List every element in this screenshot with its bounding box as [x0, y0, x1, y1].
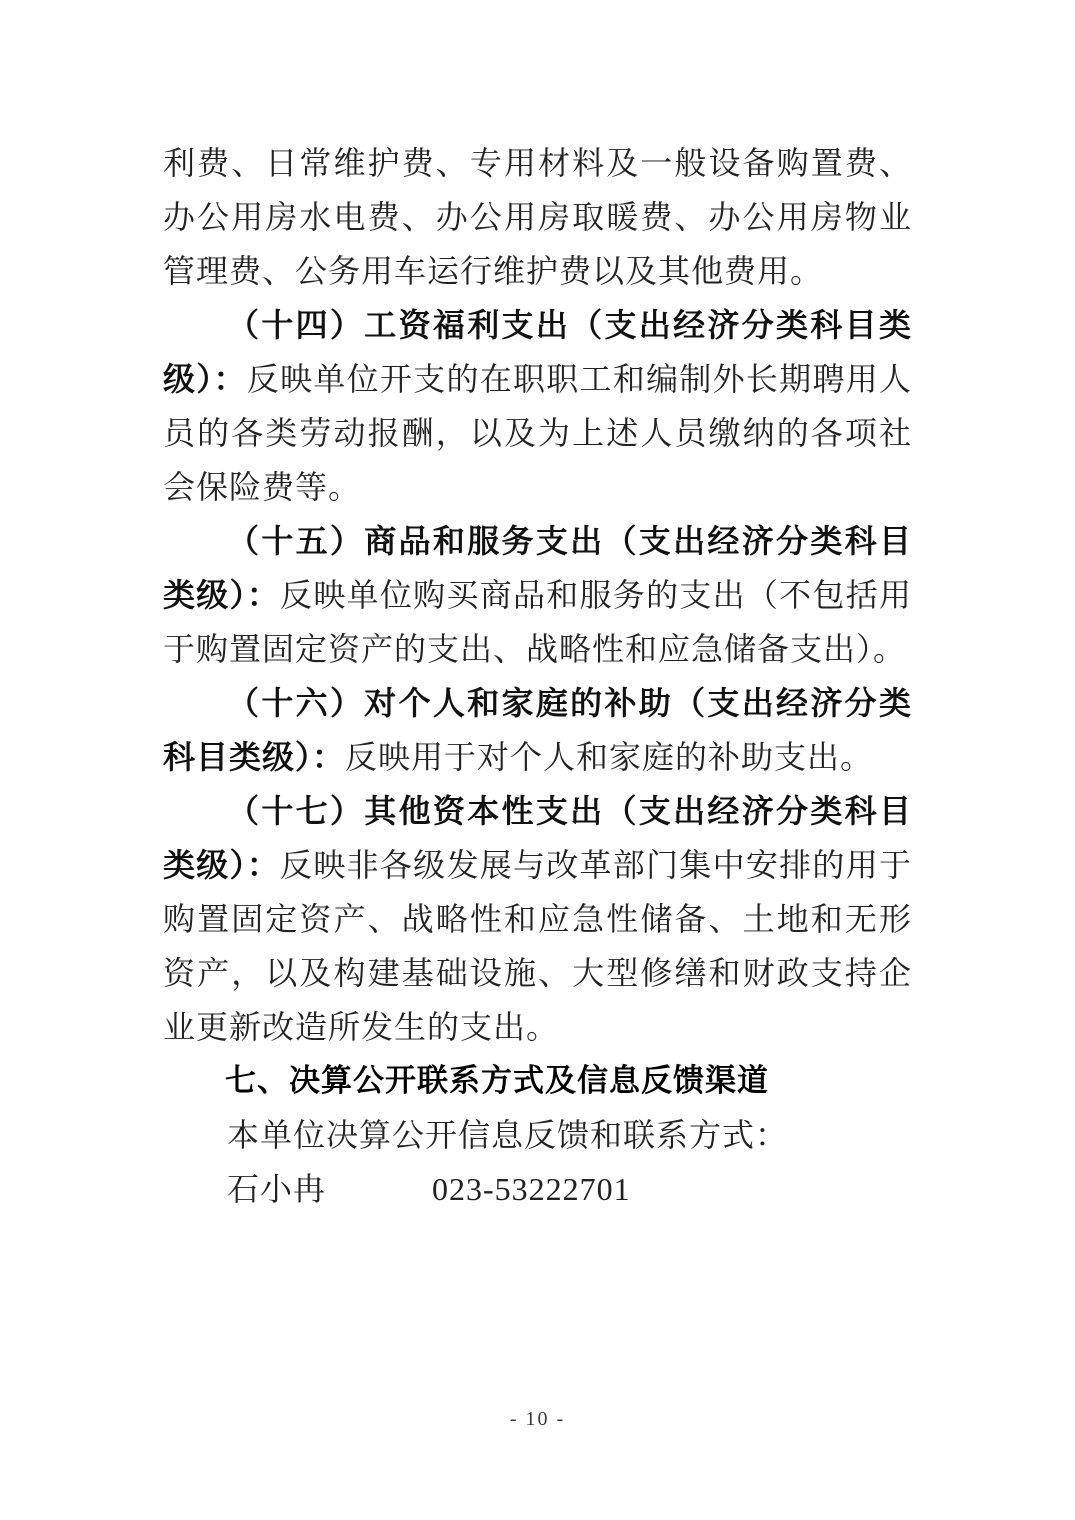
contact-intro: 本单位决算公开信息反馈和联系方式： — [163, 1108, 912, 1162]
item-paragraph-16: （十六）对个人和家庭的补助（支出经济分类科目类级）：反映用于对个人和家庭的补助支… — [163, 676, 912, 784]
item-description-16: 反映用于对个人和家庭的补助支出。 — [345, 739, 873, 775]
item-paragraph-15: （十五）商品和服务支出（支出经济分类科目类级）：反映单位购买商品和服务的支出（不… — [163, 514, 912, 676]
page-number: - 10 - — [0, 1408, 1075, 1431]
contact-row: 石小冉023-53222701 — [163, 1162, 912, 1216]
continuation-paragraph: 利费、日常维护费、专用材料及一般设备购置费、办公用房水电费、办公用房取暖费、办公… — [163, 136, 912, 298]
contact-phone: 023-53222701 — [368, 1162, 631, 1216]
item-paragraph-14: （十四）工资福利支出（支出经济分类科目类级）：反映单位开支的在职职工和编制外长期… — [163, 298, 912, 514]
item-paragraph-17: （十七）其他资本性支出（支出经济分类科目类级）：反映非各级发展与改革部门集中安排… — [163, 784, 912, 1054]
section-heading: 七、决算公开联系方式及信息反馈渠道 — [163, 1054, 912, 1108]
document-body: 利费、日常维护费、专用材料及一般设备购置费、办公用房水电费、办公用房取暖费、办公… — [163, 136, 912, 1216]
item-description-14: 反映单位开支的在职职工和编制外长期聘用人员的各类劳动报酬，以及为上述人员缴纳的各… — [163, 361, 912, 505]
contact-name: 石小冉 — [227, 1171, 326, 1207]
document-page: 利费、日常维护费、专用材料及一般设备购置费、办公用房水电费、办公用房取暖费、办公… — [0, 0, 1075, 1520]
